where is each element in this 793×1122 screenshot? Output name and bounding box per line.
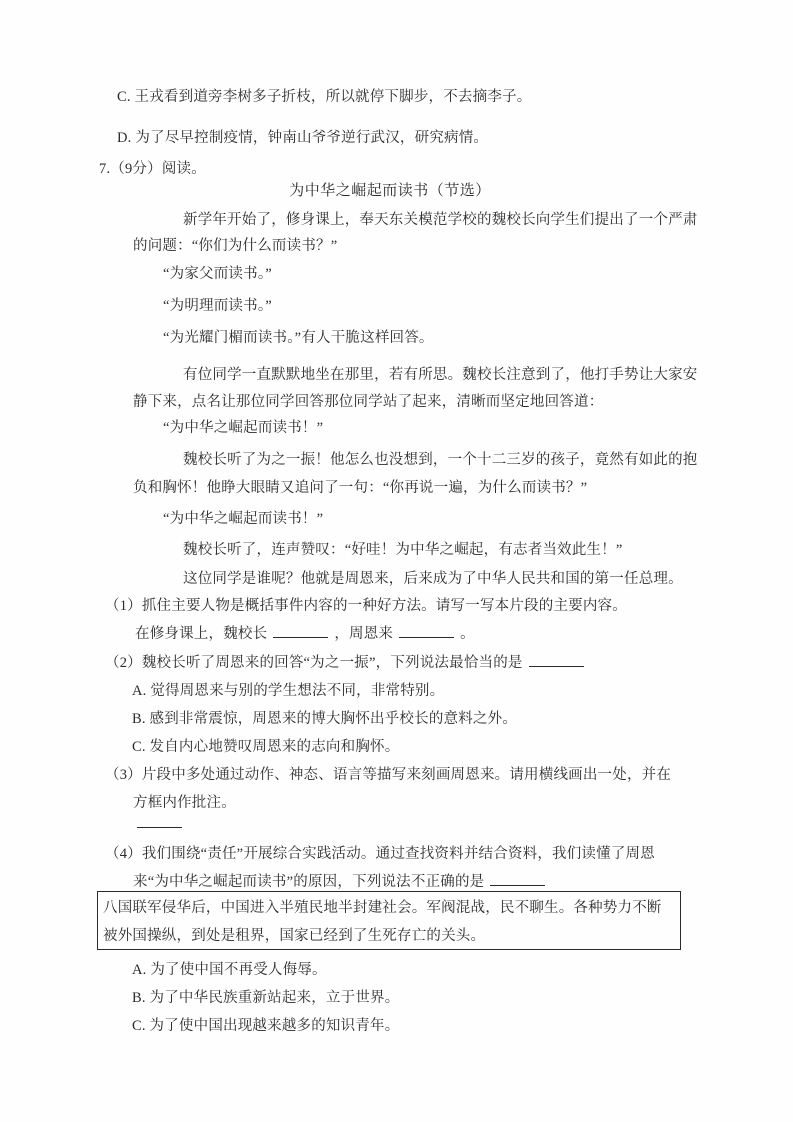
source-material-box: 八国联军侵华后，中国进入半殖民地半封建社会。军阀混战，民不聊生。各种势力不断 被… [97, 891, 681, 950]
q7-sub3-stem-line2: 方框内作批注。 [133, 795, 236, 811]
q6-option-c: C. 王戎看到道旁李树多子折枝，所以就停下脚步，不去摘李子。 [117, 89, 531, 105]
q7-sub4-option-b: B. 为了中华民族重新站起来，立于世界。 [132, 990, 399, 1006]
answer-blank [399, 634, 454, 638]
q7-sub1-stem: （1）抓住主要人物是概括事件内容的一种好方法。请写一写本片段的主要内容。 [105, 598, 627, 614]
q7-sub4-option-c: C. 为了使中国出现越来越多的知识青年。 [132, 1018, 399, 1034]
q7-sub3-stem-line1: （3）片段中多处通过动作、神态、语言等描写来刻画周恩来。请用横线画出一处，并在 [105, 767, 671, 783]
q7-sub4-stem-line2: 来“为中华之崛起而读书”的原因，下列说法不正确的是 [133, 874, 484, 890]
source-material-line1: 八国联军侵华后，中国进入半殖民地半封建社会。军阀混战，民不聊生。各种势力不断 [103, 900, 662, 916]
passage-title: 为中华之崛起而读书（节选） [97, 183, 683, 200]
passage-line: 静下来，点名让那位同学回答那位同学站了起来，清晰而坚定地回答道： [133, 394, 603, 410]
source-material-line2: 被外国操纵，到处是租界，国家已经到了生死存亡的关头。 [103, 928, 485, 944]
passage-line: 魏校长听了，连声赞叹：“好哇！为中华之崛起，有志者当效此生！” [183, 542, 623, 558]
passage-line: 的问题：“你们为什么而读书？” [133, 238, 337, 254]
passage-line: “为明理而读书。” [163, 298, 272, 314]
q7-sub1-fill-post: 。 [460, 626, 475, 642]
passage-line: “为中华之崛起而读书！” [163, 420, 323, 436]
passage-line: “为光耀门楣而读书。”有人干脆这样回答。 [163, 330, 434, 346]
answer-blank [490, 882, 545, 886]
q7-sub1-fill-line: 在修身课上，魏校长，周恩来。 [135, 626, 475, 642]
passage-line: 有位同学一直默默地坐在那里，若有所思。魏校长注意到了，他打手势让大家安 [183, 367, 698, 383]
passage-line: 负和胸怀！他睁大眼睛又追问了一句：“你再说一遍，为什么而读书？” [133, 480, 587, 496]
answer-blank [273, 634, 328, 638]
q7-sub4-stem-line1: （4）我们围绕“责任”开展综合实践活动。通过查找资料并结合资料，我们读懂了周恩 [105, 846, 655, 862]
q7-sub1-fill-pre: 在修身课上，魏校长 [135, 626, 267, 642]
q7-sub2-option-a: A. 觉得周恩来与别的学生想法不同，非常特别。 [132, 683, 444, 699]
q7-sub2-stem: （2）魏校长听了周恩来的回答“为之一振”，下列说法最恰当的是 [105, 655, 523, 671]
q7-sub2-option-c: C. 发自内心地赞叹周恩来的志向和胸怀。 [132, 739, 399, 755]
answer-blank [137, 827, 182, 828]
passage-line: 新学年开始了，修身课上，奉天东关模范学校的魏校长向学生们提出了一个严肃 [183, 212, 698, 228]
q7-sub2-option-b: B. 感到非常震惊，周恩来的博大胸怀出乎校长的意料之外。 [132, 711, 517, 727]
passage-line: 魏校长听了为之一振！他怎么也没想到，一个十二三岁的孩子，竟然有如此的抱 [183, 452, 698, 468]
q7-sub4-option-a: A. 为了使中国不再受人侮辱。 [132, 962, 327, 978]
q6-option-d: D. 为了尽早控制疫情，钟南山爷爷逆行武汉，研究病情。 [117, 130, 488, 146]
answer-blank [529, 663, 584, 667]
passage-line: “为中华之崛起而读书！” [163, 511, 323, 527]
passage-line: 这位同学是谁呢？他就是周恩来，后来成为了中华人民共和国的第一任总理。 [183, 571, 683, 587]
q7-sub4-stem-line2-wrap: 来“为中华之崛起而读书”的原因，下列说法不正确的是 [133, 874, 551, 890]
q7-header: 7.（9分）阅读。 [99, 161, 206, 177]
passage-line: “为家父而读书。” [163, 266, 272, 282]
exam-document-page: C. 王戎看到道旁李树多子折枝，所以就停下脚步，不去摘李子。 D. 为了尽早控制… [0, 0, 793, 1122]
q7-sub1-fill-mid: ，周恩来 [334, 626, 393, 642]
q7-sub2-stem-line: （2）魏校长听了周恩来的回答“为之一振”，下列说法最恰当的是 [105, 655, 590, 671]
